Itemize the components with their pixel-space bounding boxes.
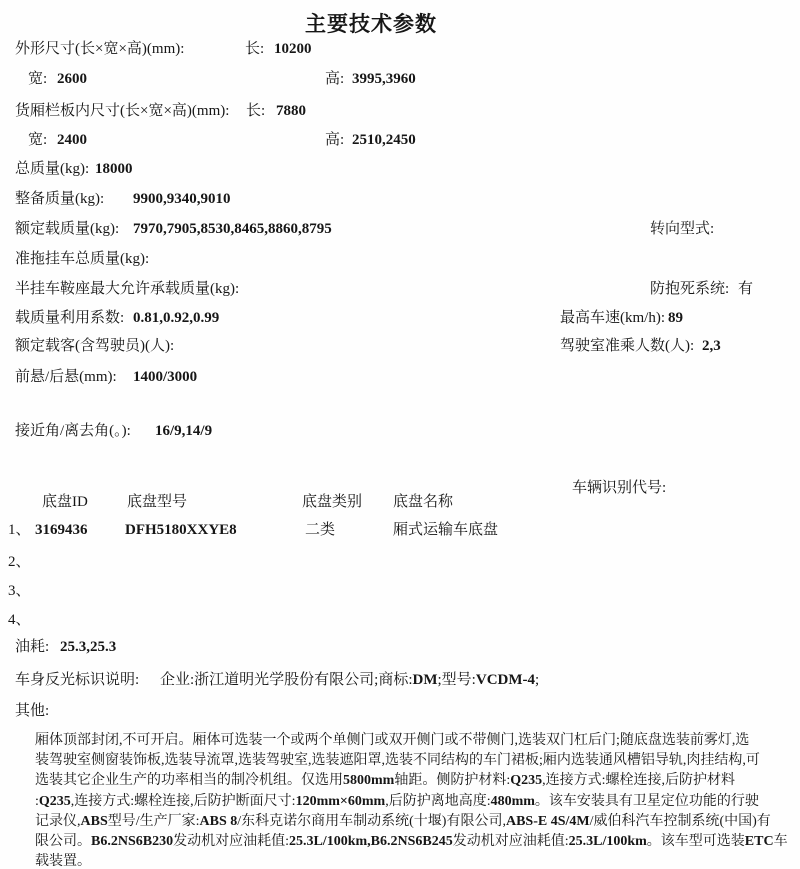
- overall-dims-line1-length-value: 10200: [274, 40, 312, 58]
- overall-dims-line2-height-label: 高:: [325, 70, 344, 88]
- overall-dims-line2-width-label: 宽:: [28, 70, 47, 88]
- rated-passengers-label: 额定载客(含驾驶员)(人):: [15, 337, 174, 355]
- chassis-row-1-id: 3169436: [35, 521, 88, 539]
- saddle-load-mass-abs-value: 有: [738, 280, 753, 298]
- overall-dims-line1-length-label: 长:: [245, 40, 264, 58]
- load-utilization-label: 载质量利用系数:: [15, 309, 124, 327]
- chassis-row-1-category: 二类: [305, 521, 335, 539]
- chassis-table-header: 底盘ID底盘型号底盘类别底盘名称: [0, 493, 800, 511]
- overhang-label: 前悬/后悬(mm):: [15, 368, 117, 386]
- curb-mass-value: 9900,9340,9010: [133, 190, 231, 208]
- cargo-dims-line2-width-label: 宽:: [28, 131, 47, 149]
- chassis-row-2-seq: 2、: [8, 553, 31, 571]
- chassis-table-header-col-category: 底盘类别: [302, 493, 362, 511]
- cargo-dims-line2-width-value: 2400: [57, 131, 87, 149]
- cargo-dims-line1-label: 货厢栏板内尺寸(长×宽×高)(mm):: [15, 102, 229, 120]
- cargo-dims-line2: 宽:2400高:2510,2450: [0, 131, 800, 149]
- chassis-table-header-col-model: 底盘型号: [127, 493, 187, 511]
- chassis-row-4: 4、: [0, 611, 800, 629]
- saddle-load-mass: 半挂车鞍座最大允许承载质量(kg):防抱死系统:有: [0, 280, 800, 298]
- approach-departure-angle: 接近角/离去角(。):16/9,14/9: [0, 422, 800, 440]
- approach-departure-angle-label: 接近角/离去角(。):: [15, 422, 131, 440]
- rated-passengers-cab-seats-value: 2,3: [702, 337, 721, 355]
- reflective-marking-value: 企业:浙江道明光学股份有限公司;商标:DM;型号:VCDM-4;: [160, 671, 539, 689]
- approach-departure-angle-value: 16/9,14/9: [155, 422, 212, 440]
- load-utilization-max-speed-label: 最高车速(km/h):: [560, 309, 665, 327]
- cargo-dims-line1-length-value: 7880: [276, 102, 306, 120]
- total-mass-label: 总质量(kg):: [15, 160, 89, 178]
- other-notes: 厢体顶部封闭,不可开启。厢体可选装一个或两个单侧门或双开侧门或不带侧门,选装双门…: [35, 731, 795, 869]
- chassis-row-2: 2、: [0, 553, 800, 571]
- chassis-row-1-chassis-name: 厢式运输车底盘: [393, 521, 498, 539]
- chassis-row-1: 1、3169436DFH5180XXYE8二类厢式运输车底盘: [0, 521, 800, 539]
- document-page: 主要技术参数 外形尺寸(长×宽×高)(mm):长:10200宽:2600高:39…: [0, 0, 800, 869]
- chassis-table-header-col-id: 底盘ID: [42, 493, 88, 511]
- overhang-value: 1400/3000: [133, 368, 197, 386]
- saddle-load-mass-label: 半挂车鞍座最大允许承载质量(kg):: [15, 280, 239, 298]
- chassis-table-header-col-name: 底盘名称: [393, 493, 453, 511]
- other-notes-line-7: 载装置。: [35, 852, 795, 869]
- overall-dims-line2-width-value: 2600: [57, 70, 87, 88]
- total-mass: 总质量(kg):18000: [0, 160, 800, 178]
- rated-load-mass: 额定载质量(kg):7970,7905,8530,8465,8860,8795转…: [0, 220, 800, 238]
- chassis-row-3-seq: 3、: [8, 582, 31, 600]
- saddle-load-mass-abs-label: 防抱死系统:: [650, 280, 729, 298]
- trailer-total-mass: 准拖挂车总质量(kg):: [0, 250, 800, 268]
- load-utilization-max-speed-value: 89: [668, 309, 683, 327]
- other-label: 其他:: [0, 702, 800, 720]
- overhang: 前悬/后悬(mm):1400/3000: [0, 368, 800, 386]
- rated-passengers-cab-seats-label: 驾驶室准乘人数(人):: [560, 337, 694, 355]
- other-notes-line-2: 装驾驶室侧窗装饰板,选装导流罩,选装驾驶室,选装遮阳罩,选装不同结构的车门裙板;…: [35, 751, 795, 771]
- curb-mass: 整备质量(kg):9900,9340,9010: [0, 190, 800, 208]
- rated-passengers: 额定载客(含驾驶员)(人):驾驶室准乘人数(人):2,3: [0, 337, 800, 355]
- overall-dims-line1: 外形尺寸(长×宽×高)(mm):长:10200: [0, 40, 800, 58]
- fuel-consumption: 油耗:25.3,25.3: [0, 638, 800, 656]
- cargo-dims-line1: 货厢栏板内尺寸(长×宽×高)(mm):长:7880: [0, 102, 800, 120]
- reflective-marking-label: 车身反光标识说明:: [15, 671, 139, 689]
- chassis-row-1-seq: 1、: [8, 521, 31, 539]
- other-notes-line-1: 厢体顶部封闭,不可开启。厢体可选装一个或两个单侧门或双开侧门或不带侧门,选装双门…: [35, 731, 795, 751]
- load-utilization-value: 0.81,0.92,0.99: [133, 309, 219, 327]
- other-notes-line-6: 限公司。B6.2NS6B230发动机对应油耗值:25.3L/100km,B6.2…: [35, 832, 795, 852]
- chassis-row-1-model: DFH5180XXYE8: [125, 521, 237, 539]
- total-mass-value: 18000: [95, 160, 133, 178]
- fuel-consumption-label: 油耗:: [15, 638, 49, 656]
- curb-mass-label: 整备质量(kg):: [15, 190, 104, 208]
- other-notes-line-5: 记录仪,ABS型号/生产厂家:ABS 8/东科克诺尔商用车制动系统(十堰)有限公…: [35, 812, 795, 832]
- trailer-total-mass-label: 准拖挂车总质量(kg):: [15, 250, 149, 268]
- overall-dims-line2-height-value: 3995,3960: [352, 70, 416, 88]
- rated-load-mass-steering-type-label: 转向型式:: [650, 220, 714, 238]
- cargo-dims-line2-height-label: 高:: [325, 131, 344, 149]
- overall-dims-line1-label: 外形尺寸(长×宽×高)(mm):: [15, 40, 184, 58]
- load-utilization: 载质量利用系数:0.81,0.92,0.99最高车速(km/h):89: [0, 309, 800, 327]
- reflective-marking: 车身反光标识说明:企业:浙江道明光学股份有限公司;商标:DM;型号:VCDM-4…: [0, 671, 800, 689]
- page-title: 主要技术参数: [0, 8, 742, 38]
- overall-dims-line2: 宽:2600高:3995,3960: [0, 70, 800, 88]
- rated-load-mass-value: 7970,7905,8530,8465,8860,8795: [133, 220, 332, 238]
- fuel-consumption-value: 25.3,25.3: [60, 638, 116, 656]
- other-label-label: 其他:: [15, 702, 49, 720]
- other-notes-line-3: 选装其它企业生产的功率相当的制冷机组。仅选用5800mm轴距。侧防护材料:Q23…: [35, 771, 795, 791]
- chassis-row-3: 3、: [0, 582, 800, 600]
- cargo-dims-line2-height-value: 2510,2450: [352, 131, 416, 149]
- rated-load-mass-label: 额定载质量(kg):: [15, 220, 119, 238]
- cargo-dims-line1-length-label: 长:: [246, 102, 265, 120]
- chassis-row-4-seq: 4、: [8, 611, 31, 629]
- other-notes-line-4: :Q235,连接方式:螺栓连接,后防护断面尺寸:120mm×60mm,后防护离地…: [35, 792, 795, 812]
